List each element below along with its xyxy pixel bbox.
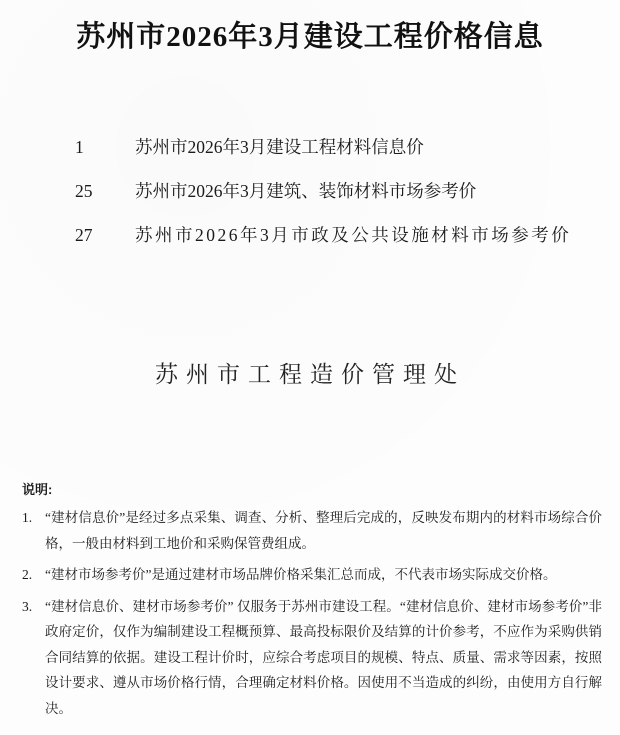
note-number: 1. bbox=[22, 505, 45, 531]
table-of-contents: 1 苏州市2026年3月建设工程材料信息价 25 苏州市2026年3月建筑、装饰… bbox=[75, 136, 590, 268]
toc-entry: 27 苏州市2026年3月市政及公共设施材料市场参考价 bbox=[75, 224, 590, 247]
note-text: “建材信息价、建材市场参考价” 仅服务于苏州市建设工程。“建材信息价、建材市场参… bbox=[45, 594, 602, 722]
publisher-name: 苏州市工程造价管理处 bbox=[0, 356, 620, 389]
note-number: 2. bbox=[22, 562, 45, 588]
toc-entry-title: 苏州市2026年3月建设工程材料信息价 bbox=[135, 136, 590, 159]
note-item: 3. “建材信息价、建材市场参考价” 仅服务于苏州市建设工程。“建材信息价、建材… bbox=[22, 594, 602, 722]
note-item: 1. “建材信息价”是经过多点采集、调查、分析、整理后完成的，反映发布期内的材料… bbox=[22, 505, 602, 556]
toc-page-number: 1 bbox=[75, 136, 135, 159]
document-page: 苏州市2026年3月建设工程价格信息 1 苏州市2026年3月建设工程材料信息价… bbox=[0, 0, 620, 735]
page-title: 苏州市2026年3月建设工程价格信息 bbox=[0, 14, 620, 55]
toc-entry-title: 苏州市2026年3月建筑、装饰材料市场参考价 bbox=[135, 180, 590, 203]
note-number: 3. bbox=[22, 594, 45, 620]
toc-entry-title: 苏州市2026年3月市政及公共设施材料市场参考价 bbox=[135, 224, 590, 247]
toc-entry: 25 苏州市2026年3月建筑、装饰材料市场参考价 bbox=[75, 180, 590, 203]
toc-page-number: 25 bbox=[75, 180, 135, 203]
note-text: “建材市场参考价”是通过建材市场品牌价格采集汇总而成，不代表市场实际成交价格。 bbox=[45, 562, 602, 588]
notes-heading: 说明: bbox=[22, 479, 602, 498]
note-text: “建材信息价”是经过多点采集、调查、分析、整理后完成的，反映发布期内的材料市场综… bbox=[45, 505, 602, 556]
note-item: 2. “建材市场参考价”是通过建材市场品牌价格采集汇总而成，不代表市场实际成交价… bbox=[22, 562, 602, 588]
toc-page-number: 27 bbox=[75, 224, 135, 247]
notes-section: 说明: 1. “建材信息价”是经过多点采集、调查、分析、整理后完成的，反映发布期… bbox=[22, 479, 602, 727]
toc-entry: 1 苏州市2026年3月建设工程材料信息价 bbox=[75, 136, 590, 159]
